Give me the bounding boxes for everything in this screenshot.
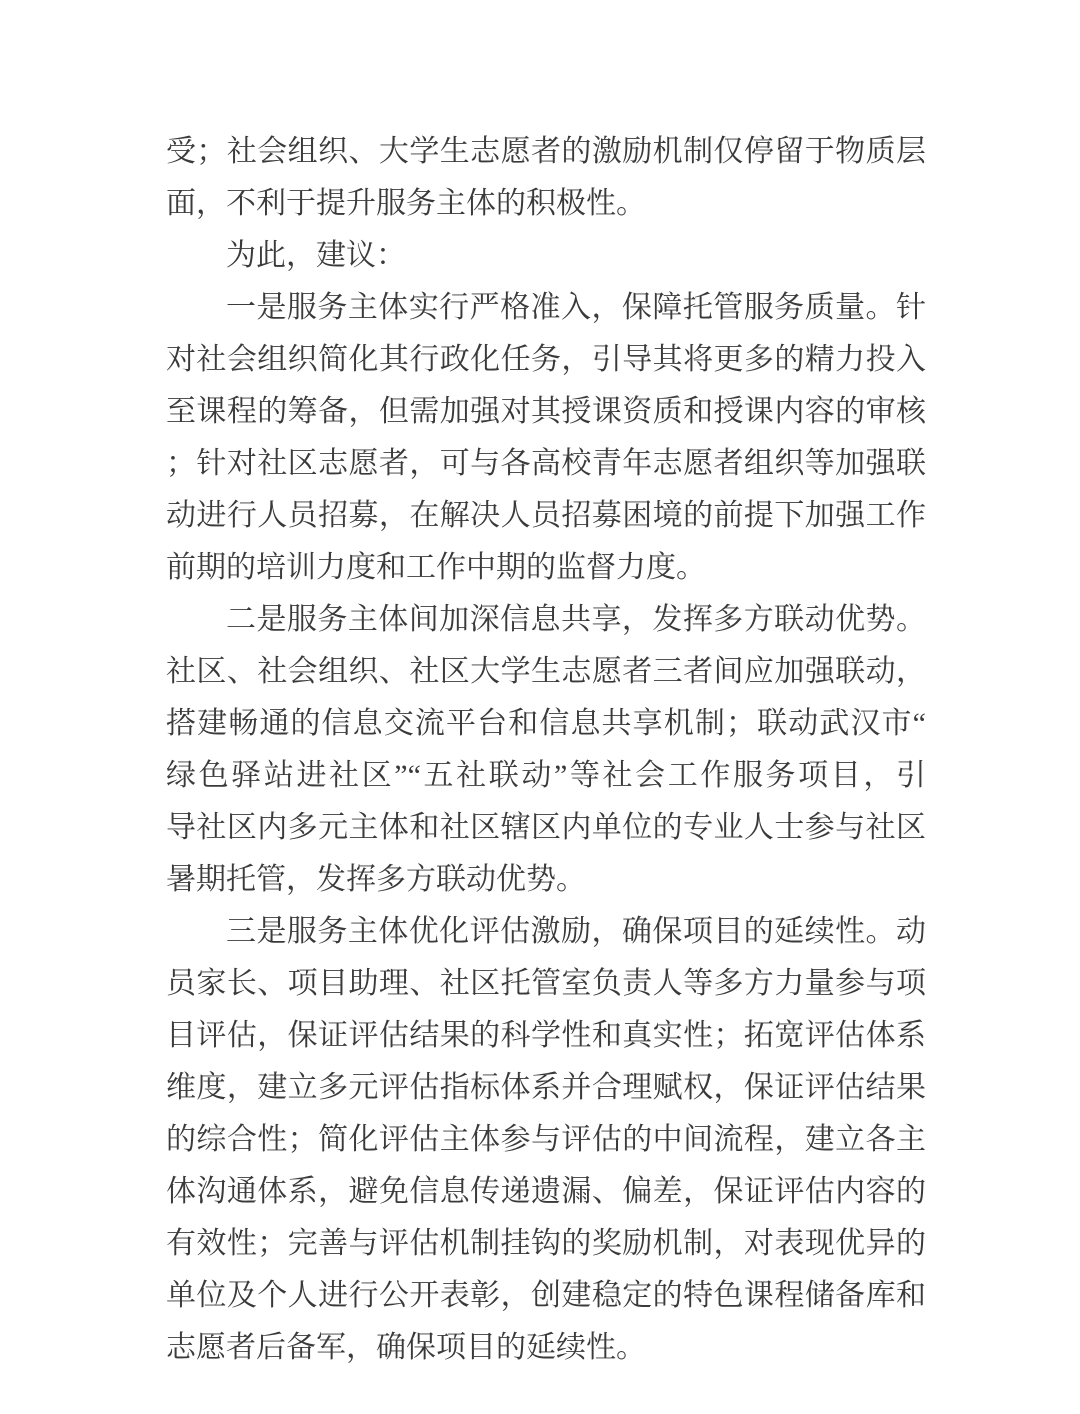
- document-page: 受；社会组织、大学生志愿者的激励机制仅停留于物质层面，不利于提升服务主体的积极性…: [0, 0, 1080, 1414]
- text-line: 面，不利于提升服务主体的积极性。: [166, 178, 926, 230]
- text-line: 的综合性；简化评估主体参与评估的中间流程，建立各主: [166, 1114, 926, 1166]
- text-line: 前期的培训力度和工作中期的监督力度。: [166, 542, 926, 594]
- text-line: 绿色驿站进社区”“五社联动”等社会工作服务项目，引: [166, 750, 926, 802]
- text-line: 暑期托管，发挥多方联动优势。: [166, 854, 926, 906]
- text-line: 受；社会组织、大学生志愿者的激励机制仅停留于物质层: [166, 126, 926, 178]
- text-line: ；针对社区志愿者，可与各高校青年志愿者组织等加强联: [166, 438, 926, 490]
- document-body: 受；社会组织、大学生志愿者的激励机制仅停留于物质层面，不利于提升服务主体的积极性…: [166, 126, 926, 1374]
- text-line: 动进行人员招募，在解决人员招募困境的前提下加强工作: [166, 490, 926, 542]
- text-line: 有效性；完善与评估机制挂钩的奖励机制，对表现优异的: [166, 1218, 926, 1270]
- text-line: 三是服务主体优化评估激励，确保项目的延续性。动: [166, 906, 926, 958]
- text-line: 志愿者后备军，确保项目的延续性。: [166, 1322, 926, 1374]
- text-line: 体沟通体系，避免信息传递遗漏、偏差，保证评估内容的: [166, 1166, 926, 1218]
- text-line: 为此，建议：: [166, 230, 926, 282]
- text-line: 二是服务主体间加深信息共享，发挥多方联动优势。: [166, 594, 926, 646]
- text-line: 搭建畅通的信息交流平台和信息共享机制；联动武汉市“: [166, 698, 926, 750]
- text-line: 至课程的筹备，但需加强对其授课资质和授课内容的审核: [166, 386, 926, 438]
- text-line: 单位及个人进行公开表彰，创建稳定的特色课程储备库和: [166, 1270, 926, 1322]
- text-line: 目评估，保证评估结果的科学性和真实性；拓宽评估体系: [166, 1010, 926, 1062]
- text-line: 员家长、项目助理、社区托管室负责人等多方力量参与项: [166, 958, 926, 1010]
- text-line: 社区、社会组织、社区大学生志愿者三者间应加强联动，: [166, 646, 926, 698]
- text-line: 导社区内多元主体和社区辖区内单位的专业人士参与社区: [166, 802, 926, 854]
- text-line: 一是服务主体实行严格准入，保障托管服务质量。针: [166, 282, 926, 334]
- text-line: 对社会组织简化其行政化任务，引导其将更多的精力投入: [166, 334, 926, 386]
- text-line: 维度，建立多元评估指标体系并合理赋权，保证评估结果: [166, 1062, 926, 1114]
